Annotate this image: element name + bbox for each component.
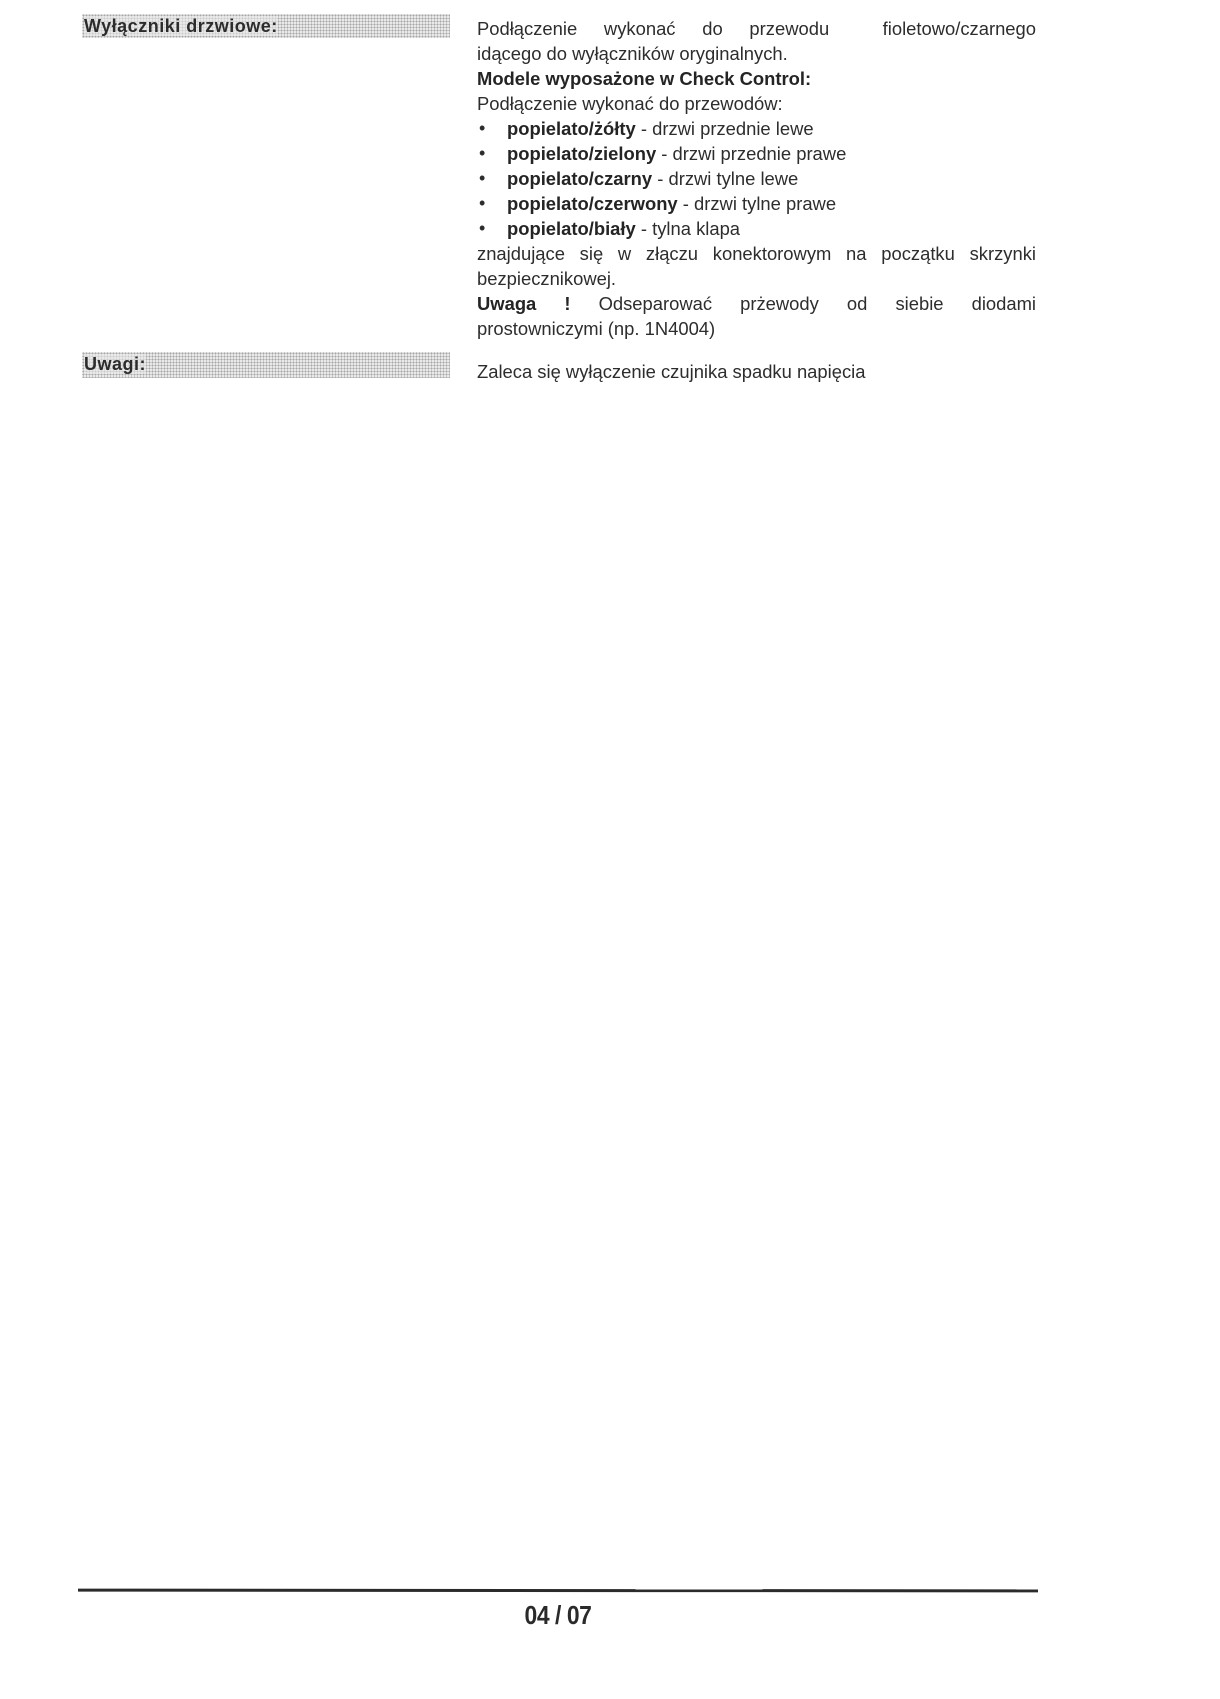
list-item: • popielato/czerwony - drzwi tylne prawe (477, 191, 1036, 216)
wire-description: - drzwi przednie prawe (656, 143, 846, 164)
wire-color: popielato/zielony (507, 143, 656, 164)
intro-text: Podłączenie wykonać do przewodu fioletow… (477, 18, 1036, 39)
section-label-text: Wyłączniki drzwiowe: (84, 16, 278, 36)
warning-label: Uwaga ! (477, 293, 570, 314)
wire-color: popielato/czarny (507, 168, 652, 189)
warning-line-2: prostowniczymi (np. 1N4004) (477, 316, 1036, 341)
intro-line: Podłączenie wykonać do przewodu fioletow… (477, 16, 1036, 41)
warning-text: Odseparować prżewody od siebie diodami (570, 293, 1036, 314)
bullet-icon: • (479, 166, 485, 191)
wire-description: - drzwi tylne prawe (678, 193, 836, 214)
wire-color: popielato/czerwony (507, 193, 678, 214)
intro-continuation: idącego do wyłączników oryginalnych. (477, 41, 1036, 66)
models-intro: Podłączenie wykonać do przewodów: (477, 91, 1036, 116)
section-content-door-switches: Podłączenie wykonać do przewodu fioletow… (477, 16, 1036, 341)
location-line-2: bezpiecznikowej. (477, 266, 1036, 291)
location-line-1: znajdujące się w złączu konektorowym na … (477, 241, 1036, 266)
models-heading: Modele wyposażone w Check Control: (477, 66, 1036, 91)
bullet-icon: • (479, 116, 485, 141)
wire-list: • popielato/żółty - drzwi przednie lewe … (477, 116, 1036, 241)
wire-description: - drzwi tylne lewe (652, 168, 798, 189)
list-item: • popielato/zielony - drzwi przednie pra… (477, 141, 1036, 166)
section-label-text: Uwagi: (84, 354, 146, 374)
warning-line-1: Uwaga ! Odseparować prżewody od siebie d… (477, 291, 1036, 316)
page-number: 04 / 07 (67, 1600, 1049, 1631)
list-item: • popielato/czarny - drzwi tylne lewe (477, 166, 1036, 191)
wire-description: - drzwi przednie lewe (636, 118, 814, 139)
wire-description: - tylna klapa (636, 218, 740, 239)
footer-divider (78, 1589, 1038, 1593)
bullet-icon: • (479, 216, 485, 241)
wire-color: popielato/biały (507, 218, 636, 239)
notes-text: Zaleca się wyłączenie czujnika spadku na… (477, 359, 1036, 384)
section-content-notes: Zaleca się wyłączenie czujnika spadku na… (477, 359, 1036, 384)
section-label-door-switches: Wyłączniki drzwiowe: (82, 14, 450, 38)
bullet-icon: • (479, 141, 485, 166)
section-label-notes: Uwagi: (82, 352, 450, 378)
list-item: • popielato/żółty - drzwi przednie lewe (477, 116, 1036, 141)
wire-color: popielato/żółty (507, 118, 636, 139)
list-item: • popielato/biały - tylna klapa (477, 216, 1036, 241)
bullet-icon: • (479, 191, 485, 216)
